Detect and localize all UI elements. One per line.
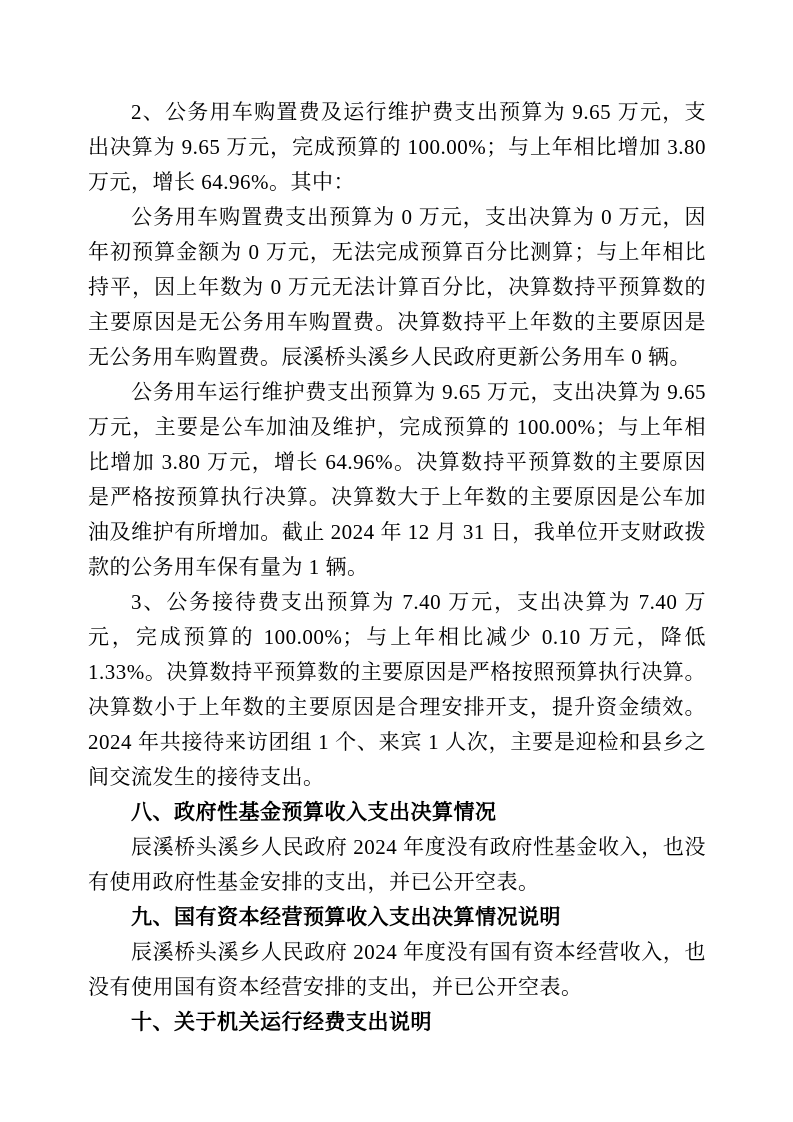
paragraph-vehicle-purchase: 公务用车购置费支出预算为 0 万元，支出决算为 0 万元，因年初预算金额为 0 … <box>88 200 706 375</box>
paragraph-official-reception: 3、公务接待费支出预算为 7.40 万元，支出决算为 7.40 万元，完成预算的… <box>88 585 706 795</box>
document-page: 2、公务用车购置费及运行维护费支出预算为 9.65 万元，支出决算为 9.65 … <box>0 0 793 1122</box>
paragraph-state-capital: 辰溪桥头溪乡人民政府 2024 年度没有国有资本经营收入，也没有使用国有资本经营… <box>88 935 706 1005</box>
paragraph-vehicle-total: 2、公务用车购置费及运行维护费支出预算为 9.65 万元，支出决算为 9.65 … <box>88 95 706 200</box>
section-heading-government-fund: 八、政府性基金预算收入支出决算情况 <box>88 795 706 830</box>
paragraph-government-fund: 辰溪桥头溪乡人民政府 2024 年度没有政府性基金收入，也没有使用政府性基金安排… <box>88 830 706 900</box>
paragraph-vehicle-maintenance: 公务用车运行维护费支出预算为 9.65 万元，支出决算为 9.65 万元，主要是… <box>88 375 706 585</box>
section-heading-state-capital: 九、国有资本经营预算收入支出决算情况说明 <box>88 900 706 935</box>
section-heading-agency-operating-expense: 十、关于机关运行经费支出说明 <box>88 1005 706 1040</box>
document-body: 2、公务用车购置费及运行维护费支出预算为 9.65 万元，支出决算为 9.65 … <box>88 95 706 1040</box>
